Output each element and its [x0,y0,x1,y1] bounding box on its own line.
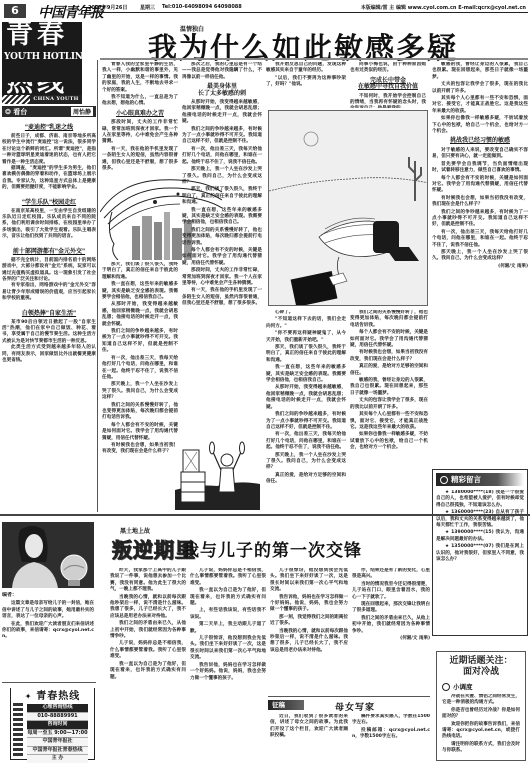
article-paragraph: 其实每个人心里都有一些不安和恐惧，面对它、接受它，才能真正战胜它。这是我这些年来… [350,412,428,431]
article-paragraph: 有一次，他出差三天，我每天给他打好几个电话，问他在哪里，和谁在一起。他终于忍不住… [266,432,346,451]
article-paragraph: 每个人都会有不安的时候，关键是如何面对它。我学会了用沟通代替猜疑，用信任代替怀疑… [102,423,178,442]
advisory-paragraph: 你是否也曾经历过冷战？你是如何面对的？ [442,708,520,721]
brand-title-english: YOUTH HOTLINE [4,52,89,62]
article-paragraph: 有一次，他出差三天，我每天给他打好几个电话，问他在哪里，和谁在一起。他终于忍不住… [432,230,528,249]
article-column-5: 敏感的我，曾经让身边的人很累，我自己也很累。现在回想起来，那些日子就像一场噩梦。… [432,62,528,462]
news-item-paragraph: 据调查，"麦迪控"的学生多为男生，他们喜欢模仿偶像的穿着和动作，在篮球场上展示自… [2,166,96,192]
article-paragraph: 每个人都会有不安的时候，关键是如何面对它。我学会了用沟通代替猜疑，用信任代替怀疑… [350,330,428,349]
column-byline: 周怡静 [71,107,93,116]
advisory-author-name: 小调度 [453,682,473,691]
article-paragraph: 有一天，我在他的手机里发现了一条陌生女人的短信，虽然内容很普通，但我心里还是不舒… [102,147,178,173]
article-paragraph: 我们之间的争吵越来越多，有时候为了一点小事就吵得不可开交。我知道自己这样不好，但… [102,329,178,355]
article-paragraph: 昨天，我家那个上高中的儿子跟我说了一件事，说他想去参加一个比赛，我没有同意。他为… [110,568,186,594]
article-paragraph: 我们之间的矛盾由来已久，从他上初中开始，我们就经常因为各种事情争吵。 [352,616,430,635]
article-paragraph: 作，结果还是有了新的变化，心里很是高兴。 [352,568,430,581]
issue-date: 2007年9月26日 [88,4,127,11]
article-paragraph: 我告诉他，妈妈也在学习怎样做一个好妈妈。他说，妈妈，我也会努力做一个懂事的孩子。 [190,663,266,682]
editor-note-label: 编者： [2,592,94,598]
article-paragraph: 有时候我也会想，如果当初我没有改变，我们现在会是什么样子？ [432,196,528,209]
article-subhead: 完成长中带金 在敏感中寻找自我价值 [350,78,426,91]
reader-messages-title: 精彩留言 [451,473,481,486]
article-paragraph: 从那时开始，我变得越来越敏感，他回家稍微晚一点，我就会胡思乱想；他接电话的时候走… [266,385,346,411]
main-headline: 我为什么如此敏感多疑 [148,26,458,67]
article-paragraph: 我一直在想，这些年来的敏感多疑，其实是缺乏安全感的表现。我需要学会相信他，也相信… [266,365,346,384]
article-subhead-line: 在敏感中寻找自我价值 [350,84,426,90]
hotline-title: ✦ 青春热线 [11,687,94,702]
article-paragraph: 对于敏感的人来说，要改变自己确实不容易，但只要有决心，就一定能做到。 [432,148,528,161]
article-paragraph: 那天，我们谈了很久很久，我终于明白了，真正的信任来自于彼此的理解和沟通。 [266,345,346,364]
article-paragraph: 有一次，他出差三天，我每天给他打好几个电话，问他在哪里，和谁在一起。他终于忍不住… [182,147,262,166]
advisory-paragraph: 欢迎你把你的故事告诉我们，来信请寄：qcrx@cyol.net.cn，或拨打热线… [442,722,520,741]
hotline-row: 每周一至五 9:00—17:00 [27,730,88,739]
article-paragraph: 我告诉他，妈妈也在学习怎样做一个好妈妈。他说，妈妈，我也会努力做一个懂事的孩子。 [270,595,348,614]
article-subhead: 最美身体里 长了太多敏感的刺 [182,84,262,97]
article-paragraph: 我们之间的关系慢慢好转了，他也变得更加体贴，每次晚归都会提前打电话告诉我。 [350,310,428,329]
hotline-info-box: ✦ 青春热线 心理咨询热线 010-88889991 咨询时间 每周一至五 9:… [10,688,95,760]
article-paragraph: 我一直以为自己是为了他好，但现在看来，也许我的方式确实有问题。 [110,662,186,681]
call-for-submissions-title: 母女写家 [335,700,375,713]
article-paragraph: 每个人都会有不安的时候，关键是如何面对它。我学会了用沟通代替猜疑，用信任代替怀疑… [432,176,528,195]
article-paragraph: 我一直在想，这些年来的敏感多疑，其实是缺乏安全感的表现。我需要学会相信他，也相信… [102,282,178,301]
article-paragraph: 那天晚上，我一个人坐在沙发上哭了很久。我问自己，为什么会变成这样？ [182,167,262,186]
left-news-column: ❂ 看台 周怡静 "麦迪控"乳迷之线 前些日子，成都、济南、南京等地多所高校的学… [2,106,96,514]
reader-message: ★ 1380000****(18) 我是一个很爱自己的人，也希望被人爱护，但有时… [436,490,524,509]
news-item-heading: 白领热捧"自家生活" [2,308,96,317]
article-paragraph: 丈夫的包容让我学会了很多，现在的我比以前开朗了许多。 [432,82,528,95]
illustration-woman-dresser [175,440,260,510]
article-paragraph: 那天晚上，我一个人坐在沙发上哭了很久。我问自己，为什么会变成这样？ [266,453,346,472]
article-paragraph: 从那时开始，我变得越来越敏感，他回家稍微晚一点，我就会胡思乱想；他接电话的时候走… [102,302,178,328]
photo-woman-crystal-ball [2,522,94,588]
news-item-paragraph: 有专家指出，网络游戏中的"金元外交"容易让青少年形成错误的价值观，应当引起家长和… [2,283,96,302]
article-paragraph: 不知何时，我开始学会控制自己的情绪，当我再有怀疑的念头时，我会告诉自己：他是爱我… [350,94,426,108]
article-paragraph: 那天晚上，我一个人坐在沙发上哭了很久。我问自己，为什么会变成这样？ [432,250,528,263]
column-section-label: ❂ 看台 [5,107,27,117]
hotline-circle-icon [440,476,448,484]
article-subhead-line: 长了太多敏感的刺 [182,91,262,97]
article-paragraph: 有一天，我在他的手机里发现了一条陌生女人的短信，虽然内容很普通，但我心里还是不舒… [182,288,262,307]
article-paragraph: 儿子说，妈妈你总是不相信我，什么事情都要管着我。我听了心里很难受。 [110,641,186,660]
section-divider [0,514,530,516]
article-paragraph: 第二天早上，我主动跟儿子道了歉。 [190,622,266,635]
issue-weekday: 星期三 [140,4,155,11]
article-paragraph: 有时候我也会想，如果当初我没有改变，我们现在会是什么样子？ [350,350,428,363]
headline-rule [100,58,528,60]
article-paragraph: "你不要再这样疑神疑鬼了，从今天开始，我们重新开始吧。" [266,331,346,344]
reader-messages-list: ★ 1380000****(18) 我是一个很爱自己的人，也希望被人爱护，但有时… [436,490,524,636]
call-paragraph: 投稿邮箱：qcrx@cyol.net.cn，字数1500字左右。 [352,728,430,741]
editor-note-paragraph: 这篇文章是母亲写给儿子的一封信，她在信中讲述了与儿子之间的故事，她用最朴实的语言… [2,601,94,620]
article-paragraph: 那天晚上，我一个人坐在沙发上哭了很久。我问自己，为什么会变成这样？ [102,382,178,401]
article-signature: (何湘/文 雨果) [432,264,528,270]
desert-illustration-icon [269,111,428,306]
article-paragraph: 我不知道为什么，一直总是为了他去想，想他的心情。 [102,95,178,108]
article-paragraph: 那天，我们谈了很久很久，我终于明白了，真正的信任来自于彼此的理解和沟通。 [102,262,178,281]
article-paragraph: 如果你也像我一样敏感多疑，不妨试着放下心中的包袱，给自己一个机会，也给对方一个机… [432,116,528,135]
woman-crystal-ball-photo-icon [2,522,94,588]
brand-title-line1: 青春 [6,20,68,50]
editor-contact-line: 本版编辑/雷 主 编辑 www.cyol.com.cn E-mail:qcrx@… [361,4,526,11]
section-brand-block: 青春 YOUTH HOTLINE [2,22,82,82]
article-paragraph: 我们之间的关系慢慢好转了，他也变得更加体贴，每次晚归都会提前打电话告诉我。 [102,403,178,422]
advisory-paragraph: 冷战在夫妻、情侣之间经常发生，它是一种消极的沟通方式。 [442,694,520,707]
topic-advisory-box: 近期话题关注： 面对冷战 小调度 冷战在夫妻、情侣之间经常发生，它是一种消极的沟… [436,651,526,761]
article-subhead: 小心眼真难办之苦 [102,111,178,117]
news-item-paragraph: 某市90后白领近日掀起了一股"自家生活"热潮，他们在家中自己做饭、种花、看书，享… [2,320,96,346]
hotline-side-stripe [13,703,23,757]
article-column-1-lower: 那天，我们谈了很久很久，我终于明白了，真正的信任来自于彼此的理解和沟通。 我一直… [102,262,178,512]
hotline-row: 中国青年报社青春热线 [27,747,88,756]
article-paragraph: 我们之间的矛盾由来已久，从他上初中开始，我们就经常因为各种事情争吵。 [110,621,186,640]
bottom-article-column-2: 儿子说，妈妈你总是不相信我，什么事情都要管着我。我听了心里很难受。 我一直以为自… [190,568,266,762]
article-paragraph: 每个人都会有不安的时候，关键是如何面对它。我学会了用沟通代替猜疑，用信任代替怀疑… [182,248,262,267]
article-column-3-lower: 心碎了。 "不知道这样下去的话，我们会走向何方。" "你不要再这样疑神疑鬼了，从… [266,310,346,512]
article-column-3: 我开始反思自己的问题，发现这种敏感其实来自于童年的经历。 "以后，我们不要再为这… [266,62,346,108]
top-divider [84,12,528,13]
article-paragraph: 丈夫的包容让我学会了很多，现在的我比以前开朗了许多。 [350,398,428,411]
article-paragraph: 儿子很惊讶，他没想到我会先低头。我们坐下来好好谈了一次，这是很长时间以来我们第一… [190,636,266,662]
call-for-submissions-label: 征稿 [268,700,304,710]
article-paragraph: 我一直在想，这些年来的敏感多疑，其实是缺乏安全感的表现。我需要学会相信他，也相信… [182,208,262,227]
article-paragraph: 那次之后，我的心里总是有一个结——我总是觉得他对我隐瞒了什么，不再像以前一样信任… [182,62,262,81]
article-paragraph: 上，有些话我该说，有些话我不该说。 [190,608,266,621]
column-header: ❂ 看台 周怡静 [2,106,96,117]
article-paragraph: 当晚我的心情，就和以前每次跟他吵架后一样，说不清是什么滋味。我想了很多，儿子已经… [270,629,348,655]
bottom-article-column-4: 作，结果还是有了新的变化，心里很是高兴。 当时的情况我至今还记得很清楚，儿子站在… [352,568,430,692]
article-paragraph: 我们之间的争吵越来越多，有时候为了一点小事就吵得不可开交。我知道自己这样不好，但… [432,210,528,229]
bottom-article-headline: 我与儿子的第一次交锋 [182,536,362,561]
article-paragraph: 儿子说，妈妈你总是不相信我，什么事情都要管着我。我听了心里很难受。 [190,568,266,587]
advisory-body: 冷战在夫妻、情侣之间经常发生，它是一种消极的沟通方式。 你是否也曾经历过冷战？你… [442,694,520,758]
call-for-submissions-column-2: 稿件要求真实感人，字数在1500字左右。 投稿邮箱：qcrx@cyol.net.… [352,714,430,762]
page-number: 6 [4,4,26,18]
hotline-phone: 010-88889991 [27,713,88,722]
hotline-row: 主 办 [27,755,88,763]
article-paragraph: 我一直以为自己是为了他好，但现在看来，也许我的方式确实有问题。 [190,588,266,607]
article-paragraph: 如果你也像我一样敏感多疑，不妨试着放下心中的包袱，给自己一个机会，也给对方一个机… [350,432,428,451]
hotline-row: 中国青年报社 [27,738,88,747]
news-item: "麦迪控"乳迷之线 前些日子，成都、济南、南京等地多所高校的学生中流行"麦迪控"… [2,122,96,192]
article-paragraph: 同事小梅也说，由于种种原因她也有过类似的经历。 [350,62,426,75]
article-paragraph: 有一次，他出差三天，我每天给他打好几个电话，问他在哪里，和谁在一起。他终于忍不住… [102,356,178,382]
article-paragraph: 其实每个人心里都有一些不安和恐惧，面对它、接受它，才能真正战胜它。这是我这些年来… [432,96,528,115]
hotline-details: 心理咨询热线 010-88889991 咨询时间 每周一至五 9:00—17:0… [27,704,88,763]
article-paragraph: 我开始反思自己的问题，发现这种敏感其实来自于童年的经历。 [266,62,346,75]
hotline-row: 心理咨询热线 [27,704,88,713]
article-paragraph: 儿子很惊讶，他没想到我会先低头。我们坐下来好好谈了一次，这是很长时间以来我们第一… [270,568,348,594]
article-paragraph: 现在回想起来，那次交锋让我明白了很多道理。 [352,602,430,615]
news-item-paragraph: 前些日子，成都、济南、南京等地多所高校的学生中流行"麦迪控"这一说法，很多同学在… [2,134,96,166]
article-paragraph: 敏感的我，曾经让身边的人很累，我自己也很累。现在回想起来，那些日子就像一场噩梦。 [432,62,528,81]
news-item-heading: "麦迪控"乳迷之线 [2,122,96,131]
news-item: "学生乐队"校园走红 在南京某高校里，一支由学生自发组建的乐队近日走红校园。乐队… [2,197,96,241]
article-paragraph: 青春人我的全家里平静的生活，我人一样，小幽默和谐的事里外，见了幽里的开始，这是一… [102,62,178,94]
news-item: 白领热捧"自家生活" 某市90后白领近日掀起了一股"自家生活"热潮，他们在家中自… [2,308,96,365]
news-item-paragraph: 在南京某高校里，一支由学生自发组建的乐队近日走红校园。乐队成员来自不同的院系，他… [2,209,96,241]
news-item-heading: 前十部网游都有"金元外交" [2,246,96,255]
article-column-4: 同事小梅也说，由于种种原因她也有过类似的经历。 完成长中带金 在敏感中寻找自我价… [350,62,426,108]
article-paragraph: 心碎了。 [266,310,346,316]
brand-stripe: CHINA YOUTH DAILY [2,95,82,104]
article-paragraph: 那段时间，丈夫的工作非常忙碌，常常加班到深夜才回家。我一个人在家里等待，心中难免… [182,268,262,287]
article-column-2: 那次之后，我的心里总是有一个结——我总是觉得他对我隐瞒了什么，不再像以前一样信任… [182,62,262,442]
article-paragraph: 真正的爱，是给对方足够的空间和信任。 [350,364,428,377]
woman-illustration-icon [175,440,260,510]
column-divider [97,60,98,512]
reader-message: ★ 1390000****(15) 我认为，沟通是解决问题最好的办法。 [436,530,524,543]
article-paragraph: 有时候我也会想，如果当初我没有改变，我们现在会是什么样子？ [102,443,178,456]
call-paragraph: 稿件要求真实感人，字数在1500字左右。 [352,714,430,727]
advisory-title-line1: 近期话题关注： [442,656,520,667]
hotline-title-text: 青春热线 [36,691,80,702]
article-subhead: 挑战我已经习惯的敏感 [432,138,528,144]
article-paragraph: 当时的情况我至今还记得很清楚，儿子站在门口，眼里含着泪水，我的心一下子就软了。 [352,582,430,601]
article-column-1: 青春人我的全家里平静的生活，我人一样，小幽默和谐的事里外，见了幽里的开始，这是一… [102,62,178,174]
hotline-row: 咨询时间 [27,721,88,730]
call-for-submissions-column-1: 近日，我们收到了很多读者的来信，讲述了母女之间的故事。为此我们开设了这个栏目，欢… [270,714,348,762]
telephone-line: Tel:010-64098094 64098088 [162,4,242,10]
article-paragraph: 我们之间的争吵越来越多，有时候为了一点小事就吵得不可开交。我知道自己这样不好，但… [182,127,262,146]
advisory-title-line2: 面对冷战 [442,667,520,678]
illustration-desert-figure [268,110,428,306]
reader-messages-header: 精彩留言 [436,473,524,486]
brand-strip-label: CHINA YOUTH DAILY [30,95,82,104]
article-paragraph: "以后，我们不要再为这种事吵架了，好吗？"他说。 [266,76,346,89]
call-paragraph: 近日，我们收到了很多读者的来信，讲述了母女之间的故事。为此我们开设了这个栏目，欢… [270,714,348,740]
article-paragraph: 真正的爱，是给对方足够的空间和信任。 [266,473,346,486]
article-paragraph: 当晚我的心情，就和以前每次跟他吵架后一样，说不清是什么滋味。我想了很多，儿子已经… [110,595,186,621]
article-paragraph: 那天，我们谈了很久很久，我终于明白了，真正的信任来自于彼此的理解和沟通。 [182,187,262,206]
news-item-paragraph: 据不完全统计，目前国内排名前十的网络游戏中，大部分都设有"金元"系统，玩家可以通… [2,258,96,284]
reader-messages-box: 精彩留言 ★ 1380000****(18) 我是一个很爱自己的人，也希望被人爱… [432,469,528,636]
article-paragraph: 敏感的我，曾经让身边的人很累，我自己也很累。现在回想起来，那些日子就像一场噩梦。 [350,378,428,397]
pin-icon: ✦ [25,692,37,701]
news-item: 前十部网游都有"金元外交" 据不完全统计，目前国内排名前十的网络游戏中，大部分都… [2,246,96,303]
editor-note: 编者： 这篇文章是母亲写给儿子的一封信，她在信中讲述了与儿子之间的故事，她用最朴… [2,592,94,682]
article-signature: (何湘/文 雨果) [352,636,430,642]
article-paragraph: "不知道这样下去的话，我们会走向何方。" [266,317,346,330]
author-circle-icon [442,683,450,691]
article-paragraph: 我们之间的争吵越来越多，有时候为了一点小事就吵得不可开交。我知道自己这样不好，但… [266,412,346,431]
reader-message: ★ 1350000****(07) 我们是在网上认识的，他对我很好，但家里人不同… [436,544,524,563]
article-paragraph: 首先要学会自我调节，当负面情绪出现时，试着转移注意力，做些自己喜欢的事情。 [432,162,528,175]
call-for-submissions-divider [268,696,430,697]
news-item-heading: "学生乐队"校园走红 [2,197,96,206]
article-column-4-lower: 我们之间的关系慢慢好转了，他也变得更加体贴，每次晚归都会提前打电话告诉我。 每个… [350,310,428,512]
bottom-article-column-1: 昨天，我家那个上高中的儿子跟我说了一件事，说他想去参加一个比赛，我没有同意。他为… [110,568,186,762]
article-paragraph: 那一刻，我觉得我们之间的距离拉近了很多。 [270,615,348,628]
article-paragraph: 我们之间的关系慢慢好转了，他也变得更加体贴，每次晚归都会提前打电话告诉我。 [182,228,262,247]
advisory-paragraph: 请注明你的联系方式，我们会及时与你联系。 [442,742,520,755]
editor-note-paragraph: 在此，我们欢迎广大读者朋友们来信讲述你们的故事，来信请寄：qcrx@cyol.n… [2,622,94,641]
bottom-article-column-3: 儿子很惊讶，他没想到我会先低头。我们坐下来好好谈了一次，这是很长时间以来我们第一… [270,568,348,692]
news-item-paragraph: 此类生活方式受到越来越多年轻人的认同，有网友表示，回家做饭比外出就餐更健康也更省… [2,345,96,364]
editor-note-divider [2,682,96,683]
article-paragraph: 从那时开始，我变得越来越敏感，他回家稍微晚一点，我就会胡思乱想；他接电话的时候走… [182,100,262,126]
article-paragraph: 那段时间，丈夫的工作非常忙碌，常常加班到深夜才回家。我一个人在家里等待，心中难免… [102,120,178,146]
advisory-author: 小调度 [442,682,520,691]
